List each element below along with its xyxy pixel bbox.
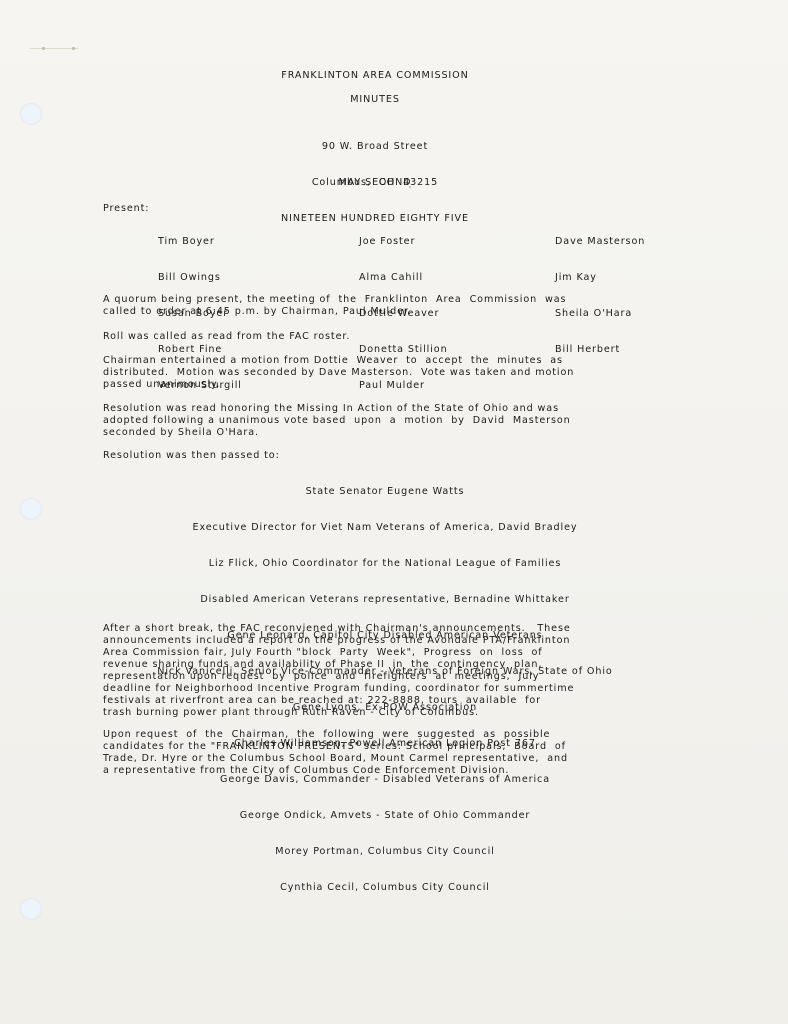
text-line: seconded by Sheila O'Hara. xyxy=(103,427,658,439)
text-line: adopted following a unanimous vote based… xyxy=(103,415,658,427)
resolution-paragraph: Resolution was read honoring the Missing… xyxy=(103,403,658,439)
attendee-name: Alma Cahill xyxy=(359,272,448,284)
text-line: candidates for the "FRANKLINTON PRESENTS… xyxy=(103,741,658,753)
recipient: Morey Portman, Columbus City Council xyxy=(0,846,770,858)
text-line: Roll was called as read from the FAC ros… xyxy=(103,331,658,343)
text-line: deadline for Neighborhood Incentive Prog… xyxy=(103,683,658,695)
text-line: announcements included a report on the p… xyxy=(103,635,658,647)
text-line: After a short break, the FAC reconviened… xyxy=(103,623,658,635)
text-line: Resolution was then passed to: xyxy=(103,450,658,462)
recipient: Executive Director for Viet Nam Veterans… xyxy=(0,522,770,534)
recipient: Liz Flick, Ohio Coordinator for the Nati… xyxy=(0,558,770,570)
document-type: MINUTES xyxy=(0,94,750,106)
text-line: festivals at riverfront area can be reac… xyxy=(103,695,658,707)
attendee-name: Tim Boyer xyxy=(158,236,242,248)
text-line: Chairman entertained a motion from Dotti… xyxy=(103,355,658,367)
attendee-name: Joe Foster xyxy=(359,236,448,248)
attendee-name: Jim Kay xyxy=(555,272,645,284)
recipient: Cynthia Cecil, Columbus City Council xyxy=(0,882,770,894)
date-line-1: MAY SECOND xyxy=(0,177,750,189)
recipient: State Senator Eugene Watts xyxy=(0,486,770,498)
quorum-paragraph: A quorum being present, the meeting of t… xyxy=(103,294,658,318)
text-line: passed unanimously. xyxy=(103,379,658,391)
recipient: Disabled American Veterans representativ… xyxy=(0,594,770,606)
staple-mark xyxy=(30,48,78,52)
passed-to-paragraph: Resolution was then passed to: xyxy=(103,450,658,462)
paper-speck xyxy=(409,186,411,188)
document-page: FRANKLINTON AREA COMMISSION MINUTES 90 W… xyxy=(0,0,788,1024)
text-line: distributed. Motion was seconded by Dave… xyxy=(103,367,658,379)
text-line: called to order at 6:45 p.m. by Chairman… xyxy=(103,306,658,318)
organization-title: FRANKLINTON AREA COMMISSION xyxy=(0,70,750,82)
attendee-name: Dave Masterson xyxy=(555,236,645,248)
announcements-paragraph: After a short break, the FAC reconviened… xyxy=(103,623,658,719)
recipient: George Ondick, Amvets - State of Ohio Co… xyxy=(0,810,770,822)
present-label: Present: xyxy=(103,203,149,215)
minutes-motion-paragraph: Chairman entertained a motion from Dotti… xyxy=(103,355,658,391)
candidates-paragraph: Upon request of the Chairman, the follow… xyxy=(103,729,658,777)
text-line: trash burning power plant through Ruth R… xyxy=(103,707,658,719)
text-line: a representative from the City of Columb… xyxy=(103,765,658,777)
text-line: Area Commission fair, July Fourth "block… xyxy=(103,647,658,659)
text-line: A quorum being present, the meeting of t… xyxy=(103,294,658,306)
text-line: Trade, Dr. Hyre or the Columbus School B… xyxy=(103,753,658,765)
text-line: revenue sharing funds and availability o… xyxy=(103,659,658,671)
roll-call-paragraph: Roll was called as read from the FAC ros… xyxy=(103,331,658,343)
text-line: Resolution was read honoring the Missing… xyxy=(103,403,658,415)
text-line: Upon request of the Chairman, the follow… xyxy=(103,729,658,741)
attendee-name: Bill Owings xyxy=(158,272,242,284)
address-line-1: 90 W. Broad Street xyxy=(0,141,750,153)
text-line: representation upon request by police an… xyxy=(103,671,658,683)
